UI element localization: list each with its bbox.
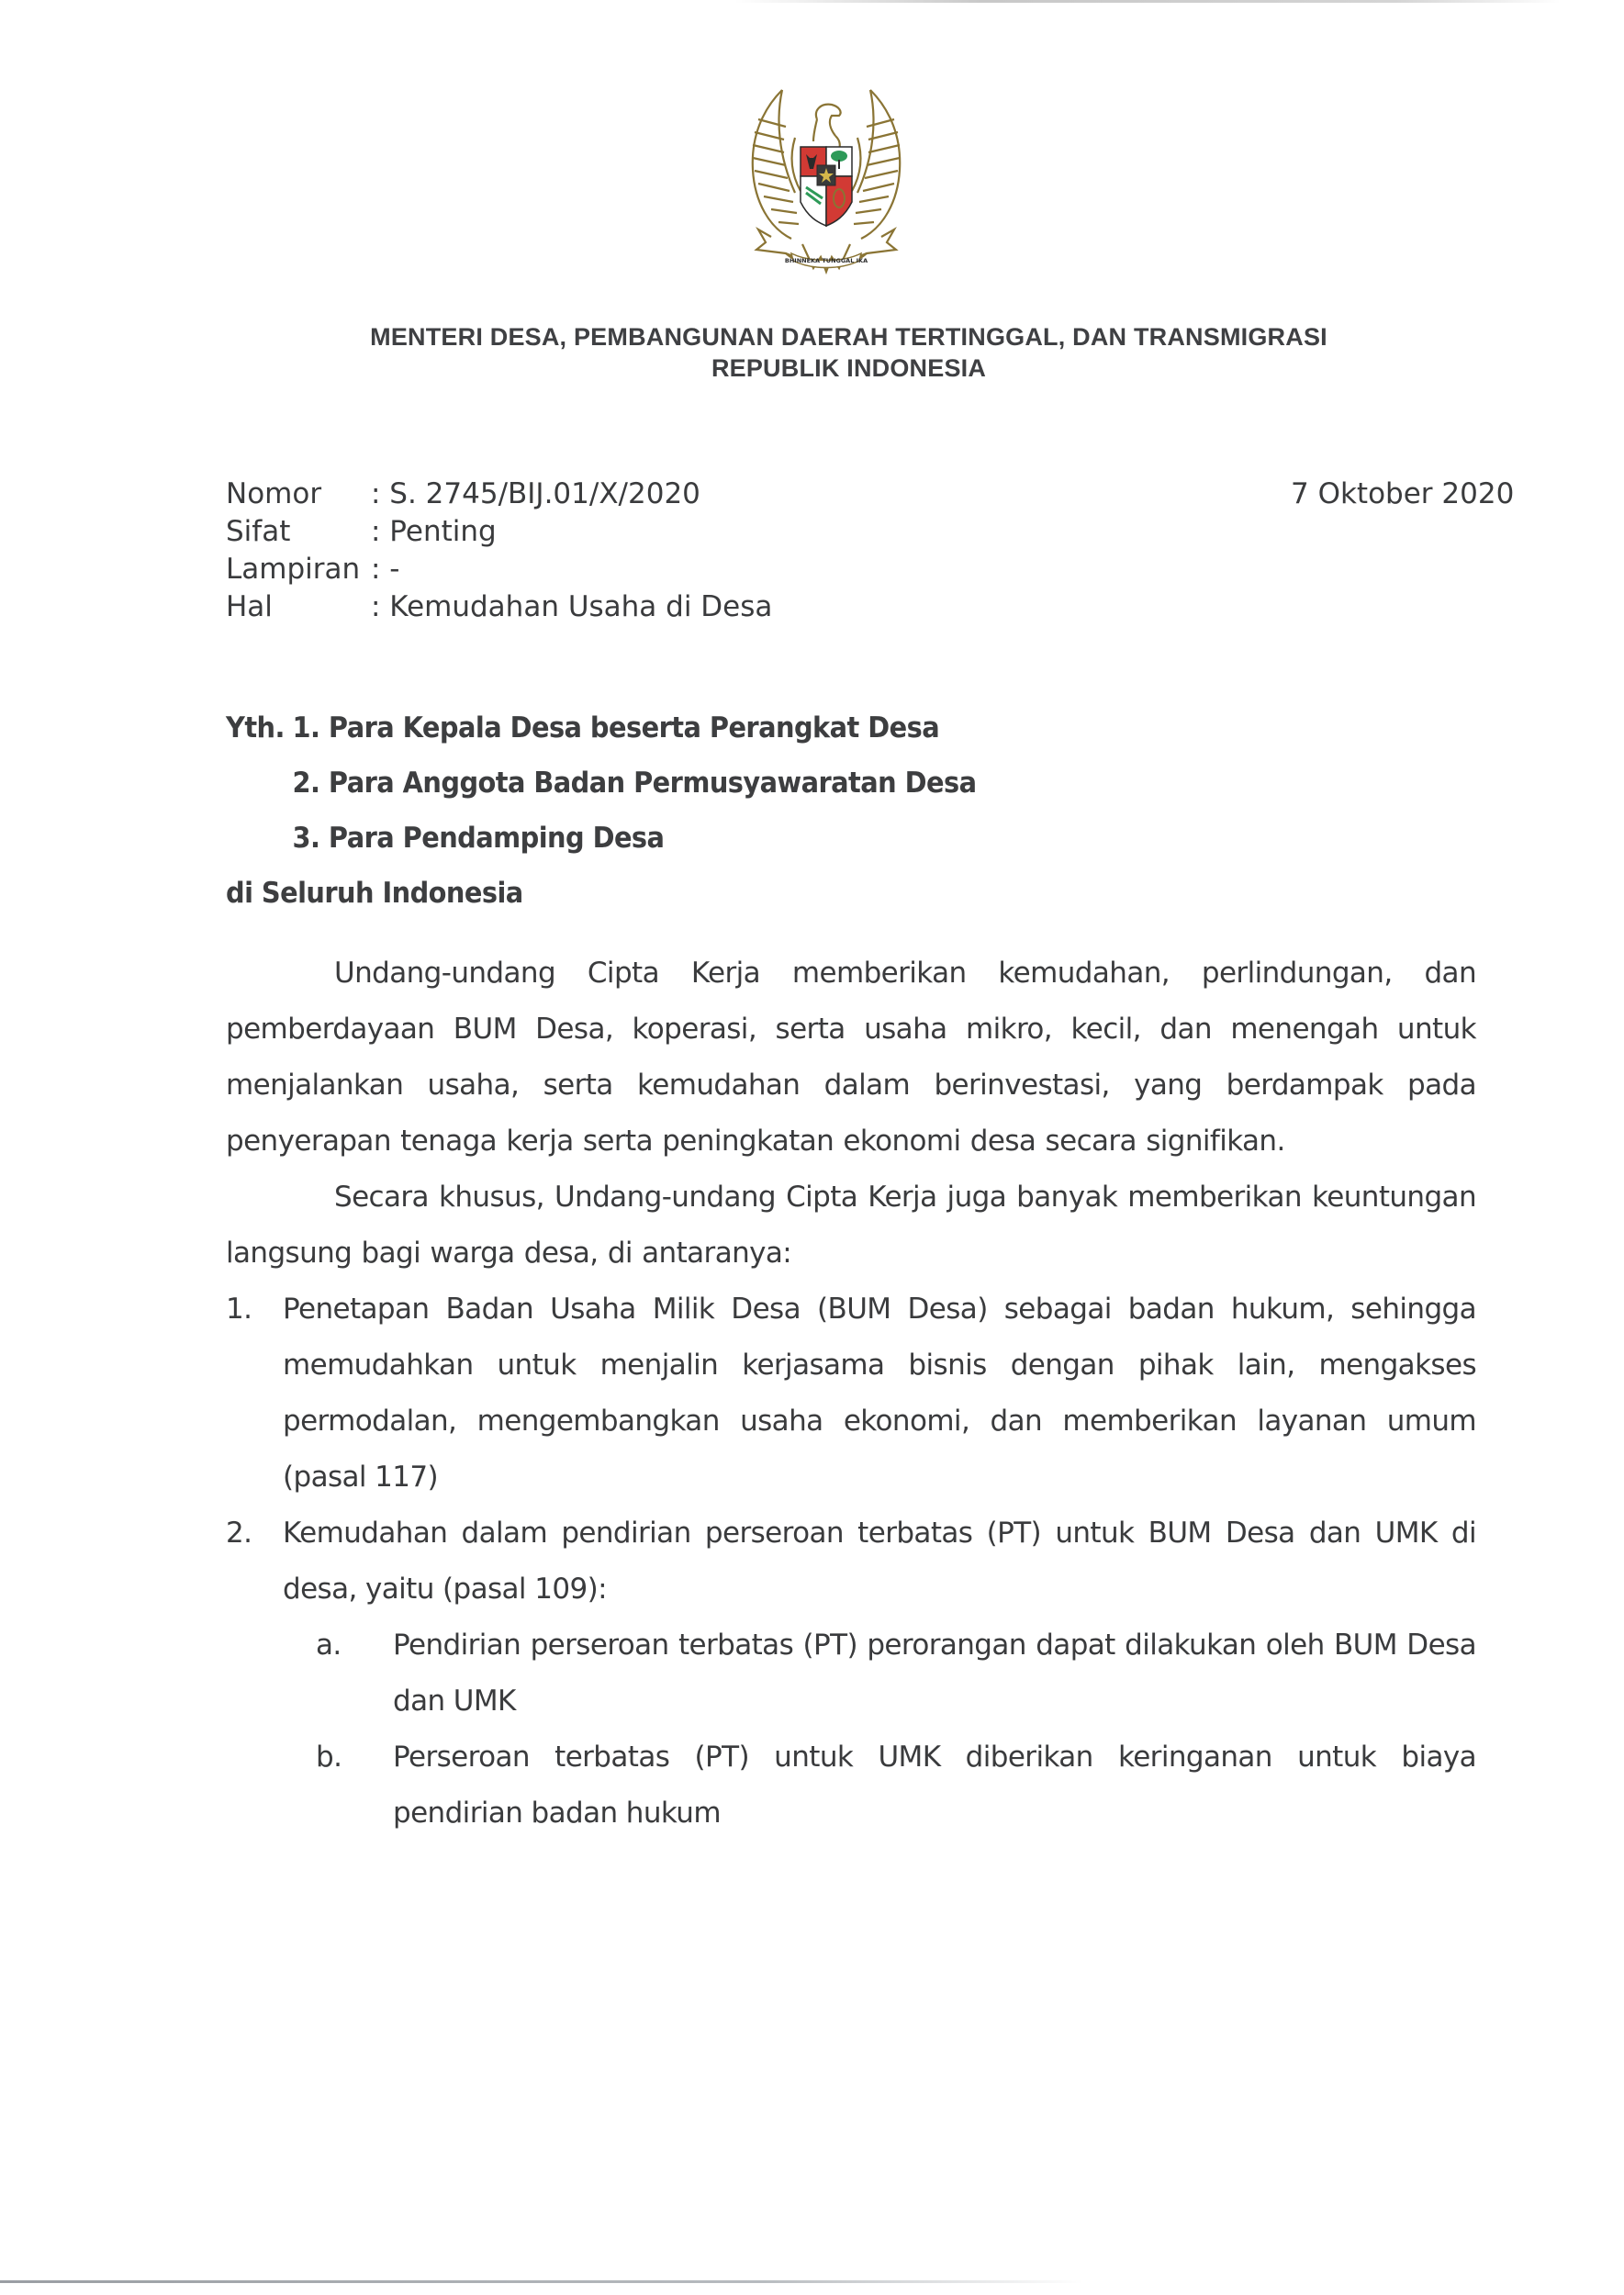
benefit-list-item-2: 2. Kemudahan dalam pendirian perseroan t… bbox=[226, 1506, 1476, 1842]
addressee-item: 3. Para Pendamping Desa bbox=[293, 811, 665, 866]
addressee-row: 2. Para Anggota Badan Permusyawaratan De… bbox=[226, 756, 976, 811]
addressee-row: Yth. 1. Para Kepala Desa beserta Perangk… bbox=[226, 700, 976, 756]
meta-row-hal: Hal : Kemudahan Usaha di Desa bbox=[226, 588, 772, 626]
sub-list-item-a: a. Pendirian perseroan terbatas (PT) per… bbox=[283, 1618, 1476, 1730]
meta-row-nomor: Nomor : S. 2745/BIJ.01/X/2020 bbox=[226, 476, 772, 513]
addressee-item: 2. Para Anggota Badan Permusyawaratan De… bbox=[293, 756, 977, 811]
meta-value: : S. 2745/BIJ.01/X/2020 bbox=[371, 476, 700, 513]
meta-row-sifat: Sifat : Penting bbox=[226, 513, 772, 551]
scan-artifact-top bbox=[734, 0, 1561, 3]
meta-label: Lampiran bbox=[226, 551, 371, 588]
letter-page: BHINNEKA TUNGGAL IKA MENTERI DESA, PEMBA… bbox=[0, 0, 1624, 2295]
letter-meta: Nomor : S. 2745/BIJ.01/X/2020 Sifat : Pe… bbox=[226, 476, 772, 626]
body-paragraph-1: Undang-undang Cipta Kerja memberikan kem… bbox=[226, 946, 1476, 1170]
addressee-prefix: Yth. bbox=[226, 700, 293, 756]
ministry-title: MENTERI DESA, PEMBANGUNAN DAERAH TERTING… bbox=[37, 323, 1624, 352]
meta-label: Hal bbox=[226, 588, 371, 626]
benefit-list-item-1: 1. Penetapan Badan Usaha Milik Desa (BUM… bbox=[226, 1282, 1476, 1506]
body-paragraph-2: Secara khusus, Undang-undang Cipta Kerja… bbox=[226, 1170, 1476, 1282]
sub-list-text: Pendirian perseroan terbatas (PT) perora… bbox=[393, 1618, 1476, 1730]
addressee-location: di Seluruh Indonesia bbox=[226, 866, 976, 921]
meta-value: : Kemudahan Usaha di Desa bbox=[371, 588, 772, 626]
sub-list-text: Perseroan terbatas (PT) untuk UMK diberi… bbox=[393, 1730, 1476, 1842]
sub-list: a. Pendirian perseroan terbatas (PT) per… bbox=[283, 1618, 1476, 1842]
addressees: Yth. 1. Para Kepala Desa beserta Perangk… bbox=[226, 700, 976, 921]
list-text: Penetapan Badan Usaha Milik Desa (BUM De… bbox=[283, 1282, 1476, 1506]
scan-artifact-bottom bbox=[0, 2280, 1083, 2283]
sub-list-item-b: b. Perseroan terbatas (PT) untuk UMK dib… bbox=[283, 1730, 1476, 1842]
list-text: Kemudahan dalam pendirian perseroan terb… bbox=[283, 1506, 1476, 1618]
garuda-emblem-icon: BHINNEKA TUNGGAL IKA bbox=[725, 73, 927, 294]
letter-date: 7 Oktober 2020 bbox=[1291, 476, 1514, 513]
meta-value: : Penting bbox=[371, 513, 497, 551]
sub-list-letter: a. bbox=[283, 1618, 393, 1730]
ministry-country: REPUBLIK INDONESIA bbox=[37, 354, 1624, 383]
meta-label: Sifat bbox=[226, 513, 371, 551]
list-number: 2. bbox=[226, 1506, 283, 1618]
sub-list-letter: b. bbox=[283, 1730, 393, 1842]
meta-row-lampiran: Lampiran : - bbox=[226, 551, 772, 588]
meta-value: : - bbox=[371, 551, 399, 588]
addressee-row: 3. Para Pendamping Desa bbox=[226, 811, 976, 866]
meta-label: Nomor bbox=[226, 476, 371, 513]
list-number: 1. bbox=[226, 1282, 283, 1506]
svg-text:BHINNEKA TUNGGAL IKA: BHINNEKA TUNGGAL IKA bbox=[785, 257, 868, 264]
addressee-item: 1. Para Kepala Desa beserta Perangkat De… bbox=[293, 700, 940, 756]
